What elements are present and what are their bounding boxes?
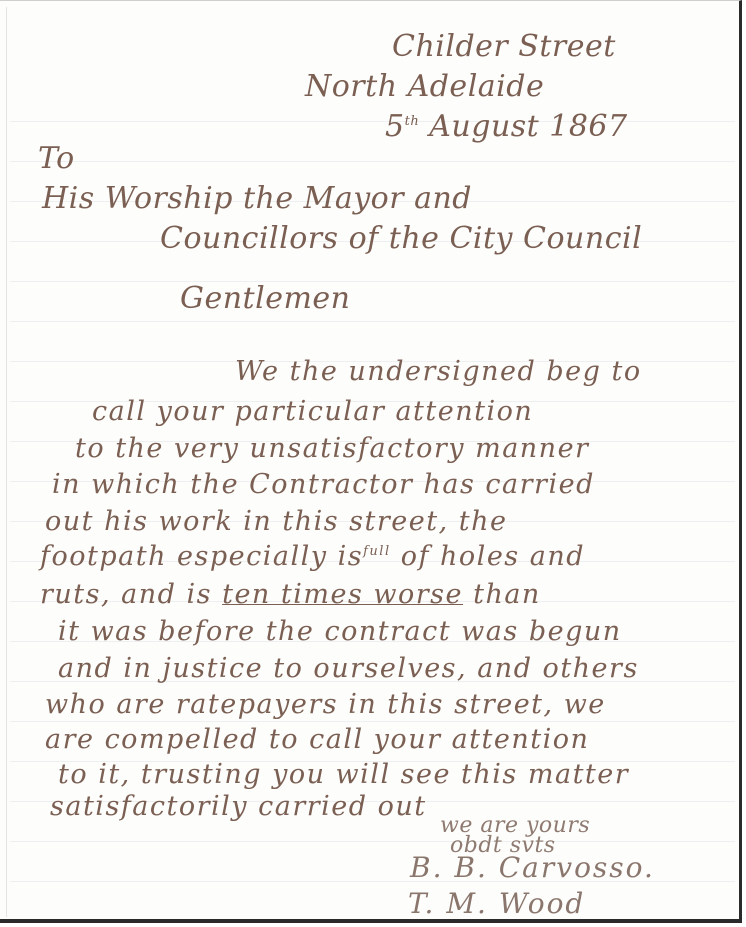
inserted-word: full: [363, 544, 391, 559]
addressee-to: To: [38, 141, 75, 176]
body-line: in which the Contractor has carried: [52, 469, 595, 500]
letter-page: Childer Street North Adelaide 5th August…: [0, 0, 742, 923]
date-rest: August 1867: [429, 109, 627, 144]
date-day: 5: [385, 109, 405, 144]
signature-1: B. B. Carvosso.: [410, 851, 655, 884]
body-line: out his work in this street, the: [45, 506, 507, 537]
body-line: and in justice to ourselves, and others: [58, 653, 639, 684]
body-line: We the undersigned beg to: [235, 356, 642, 387]
body-line: to it, trusting you will see this matter: [58, 759, 629, 790]
body-line: it was before the contract was begun: [58, 616, 622, 647]
ruled-line: [10, 161, 735, 162]
ruled-line: [10, 721, 735, 722]
body-line: to the very unsatisfactory manner: [75, 433, 589, 464]
body-line: satisfactorily carried out: [50, 791, 427, 822]
salutation: Gentlemen: [180, 281, 350, 316]
underlined-phrase: ten times worse: [222, 579, 463, 610]
address-city: North Adelaide: [305, 69, 544, 104]
body-line: who are ratepayers in this street, we: [45, 689, 606, 720]
addressee-line-1: His Worship the Mayor and: [42, 181, 472, 216]
body-line-footpath: footpath especially isfull of holes and: [40, 541, 585, 572]
ruled-line: [10, 321, 735, 322]
body-line: call your particular attention: [92, 396, 533, 427]
body-line: are compelled to call your attention: [45, 724, 589, 755]
body-text: footpath especially is: [40, 541, 363, 572]
signature-2: T. M. Wood: [408, 887, 585, 920]
letter-date: 5th August 1867: [385, 109, 628, 144]
ruled-line: [10, 841, 735, 842]
margin-line: [6, 7, 7, 917]
body-text: than: [463, 579, 541, 610]
date-suffix: th: [405, 114, 420, 129]
body-text: of holes and: [401, 541, 585, 572]
address-street: Childer Street: [392, 29, 616, 64]
body-text: ruts, and is: [40, 579, 222, 610]
ruled-line: [10, 281, 735, 282]
addressee-line-2: Councillors of the City Council: [160, 221, 642, 256]
body-line-ruts: ruts, and is ten times worse than: [40, 579, 541, 610]
